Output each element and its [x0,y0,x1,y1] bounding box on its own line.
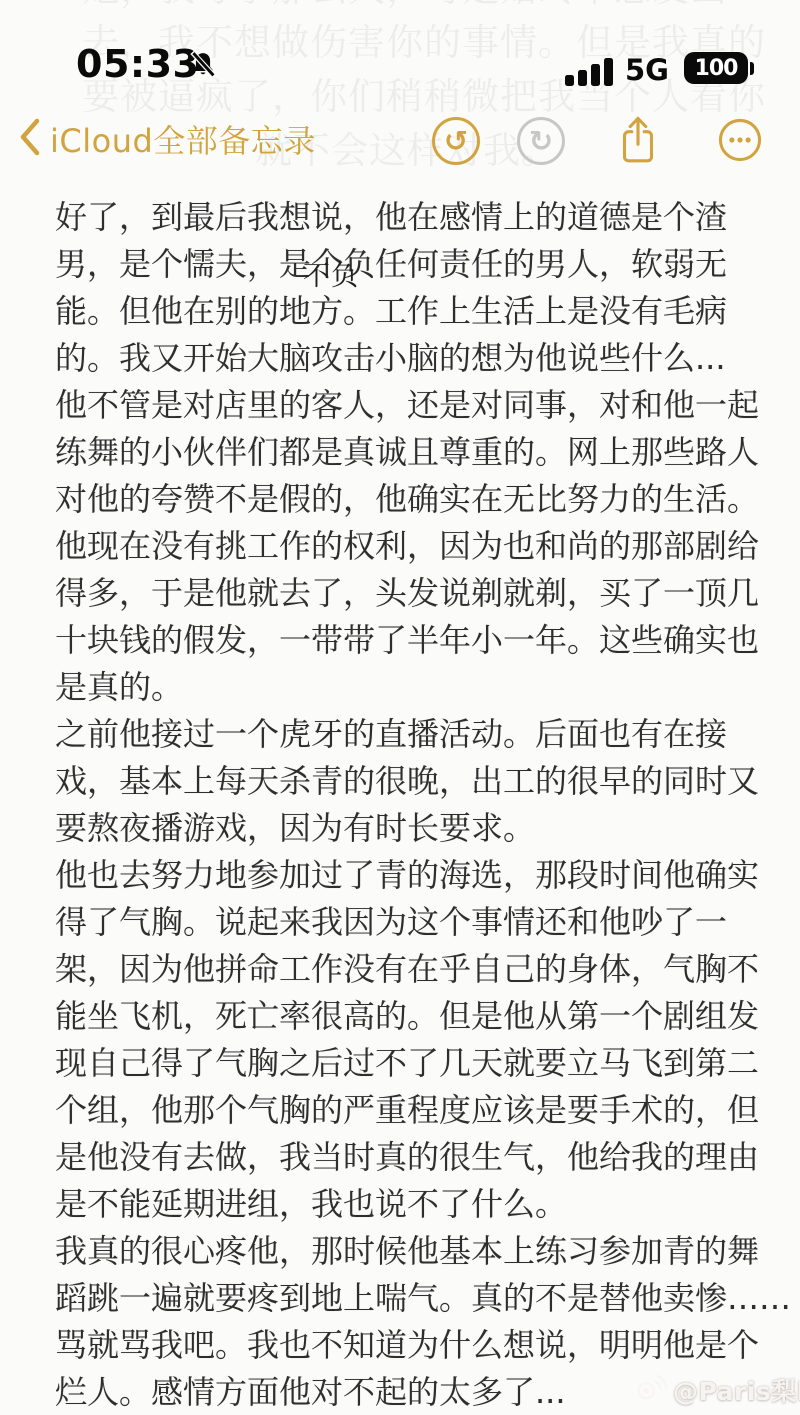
share-icon [613,151,663,170]
undo-button[interactable]: ↺ [432,117,478,163]
notes-app-screen: 她，我写了那么大，可是始终不想发出 去，我不想做伤害你的事情。但是我真的 要被逼… [0,0,800,1415]
clock-time: 05:33 [76,42,199,86]
undo-icon: ↺ [432,117,480,165]
note-line: 能坐飞机，死亡率很高的。但是他从第一个剧组发 [55,993,765,1040]
note-line: 要熬夜播游戏，因为有时长要求。 [55,805,765,852]
watermark: @Paris梨lll [634,1372,800,1408]
battery-percent: 100 [695,56,738,81]
note-line: 男，是个懦夫，是个负任何责任的男人，软弱无 [55,241,765,288]
back-button-label: iCloud全部备忘录 [50,116,316,162]
bell-slash-icon [187,49,219,85]
note-line: 的。我又开始大脑攻击小脑的想为他说些什么... [55,335,765,382]
weibo-eye-icon [634,1372,668,1408]
note-line: 骂就骂我吧。我也不知道为什么想说，明明他是个 [55,1322,765,1369]
note-line: 得多，于是他就去了，头发说剃就剃，买了一顶几 [55,570,765,617]
note-line: 蹈跳一遍就要疼到地上喘气。真的不是替他卖惨…… [55,1275,765,1322]
note-line: 是真的。 [55,664,765,711]
inline-annotation: 不负 [303,254,359,293]
share-button[interactable] [613,112,659,158]
note-line: 个组，他那个气胸的严重程度应该是要手术的，但 [55,1087,765,1134]
back-chevron-icon [16,117,42,161]
battery-indicator: 100 [684,52,748,84]
status-bar: 05:33 5G 100 [0,0,800,110]
network-type-label: 5G [625,53,669,87]
note-line: 好了，到最后我想说，他在感情上的道德是个渣 [55,194,765,241]
redo-button[interactable]: ↻ [517,117,563,163]
back-button[interactable]: iCloud全部备忘录 [16,116,316,162]
toolbar: iCloud全部备忘录 ↺ ↻ [0,112,800,176]
note-line: 练舞的小伙伴们都是真诚且尊重的。网上那些路人 [55,429,765,476]
note-line: 他不管是对店里的客人，还是对同事，对和他一起 [55,382,765,429]
note-line: 得了气胸。说起来我因为这个事情还和他吵了一 [55,899,765,946]
note-line: 是他没有去做，我当时真的很生气，他给我的理由 [55,1134,765,1181]
note-line: 现自己得了气胸之后过不了几天就要立马飞到第二 [55,1040,765,1087]
note-line: 他现在没有挑工作的权利，因为也和尚的那部剧给 [55,523,765,570]
note-line: 戏，基本上每天杀青的很晚，出工的很早的同时又 [55,758,765,805]
watermark-handle: @Paris梨lll [673,1372,800,1408]
note-line: 能。但他在别的地方。工作上生活上是没有毛病 [55,288,765,335]
more-ellipsis-icon [717,148,763,167]
note-line: 对他的夸赞不是假的，他确实在无比努力的生活。 [55,476,765,523]
note-line: 他也去努力地参加过了青的海选，那段时间他确实 [55,852,765,899]
redo-icon: ↻ [517,117,565,165]
more-button[interactable] [717,117,763,163]
note-line: 是不能延期进组，我也说不了什么。 [55,1181,765,1228]
note-editor[interactable]: 好了，到最后我想说，他在感情上的道德是个渣 男，是个懦夫，是个负任何责任的男人，… [55,194,765,1415]
note-line: 之前他接过一个虎牙的直播活动。后面也有在接 [55,711,765,758]
note-line: 架，因为他拼命工作没有在乎自己的身体，气胸不 [55,946,765,993]
cellular-signal-icon [565,55,615,86]
note-line: 十块钱的假发，一带带了半年小一年。这些确实也 [55,617,765,664]
note-line: 我真的很心疼他，那时候他基本上练习参加青的舞 [55,1228,765,1275]
